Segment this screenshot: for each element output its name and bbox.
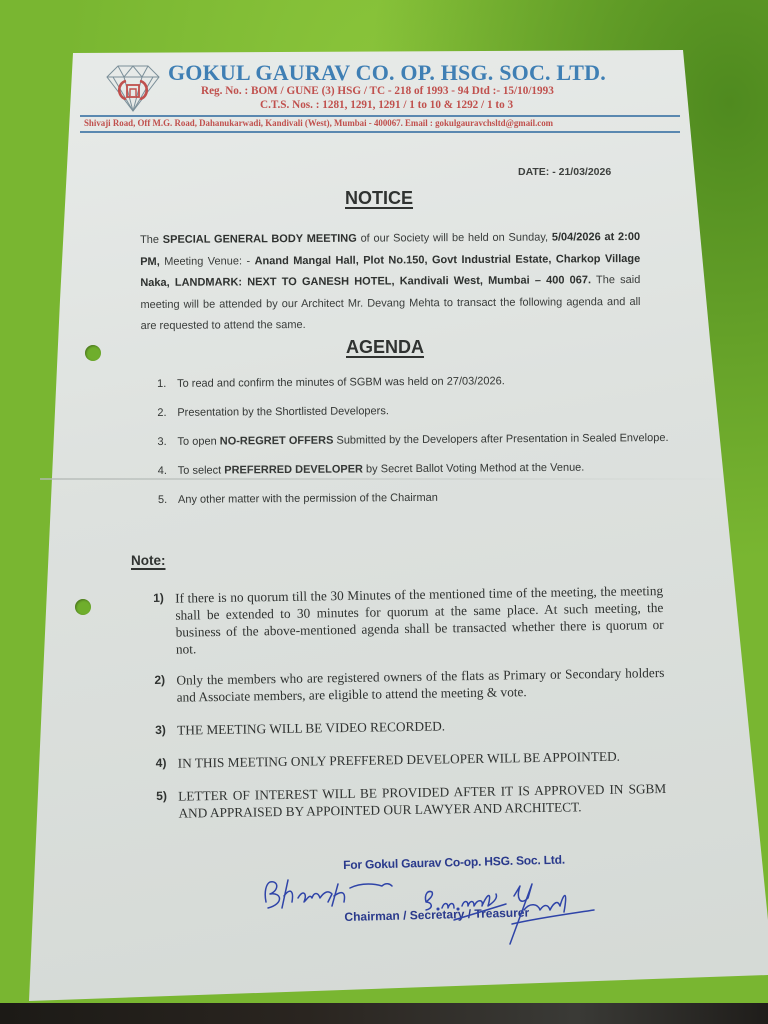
text-run: of our Society will be held on Sunday,	[357, 231, 552, 244]
note-item-number: 3)	[155, 722, 166, 739]
agenda-list: 1.To read and confirm the minutes of SGB…	[157, 370, 678, 510]
header-rule-top	[80, 115, 680, 117]
text-run: Meeting Venue: -	[160, 255, 255, 268]
punch-hole-icon	[75, 599, 91, 615]
handwritten-signatures-icon	[258, 862, 618, 947]
agenda-item-number: 3.	[157, 432, 166, 452]
note-item-number: 4)	[156, 755, 167, 772]
note-item: 2)Only the members who are registered ow…	[154, 664, 664, 706]
punch-hole-icon	[85, 345, 101, 361]
text-run: Presentation by the Shortlisted Develope…	[177, 405, 389, 419]
text-run: To open	[177, 436, 219, 448]
bold-text: NO-REGRET OFFERS	[220, 435, 334, 448]
society-address: Shivaji Road, Off M.G. Road, Dahanukarwa…	[84, 118, 553, 128]
note-item-number: 2)	[154, 672, 165, 689]
agenda-item-number: 2.	[157, 403, 166, 423]
note-item-text: THE MEETING WILL BE VIDEO RECORDED.	[177, 718, 445, 737]
agenda-item: 5.Any other matter with the permission o…	[158, 486, 678, 510]
note-item-text: IN THIS MEETING ONLY PREFFERED DEVELOPER…	[178, 749, 620, 771]
agenda-item: 3.To open NO-REGRET OFFERS Submitted by …	[157, 428, 677, 452]
note-item: 1)If there is no quorum till the 30 Minu…	[153, 582, 664, 658]
text-run: Submitted by the Developers after Presen…	[333, 432, 668, 447]
note-item-text: LETTER OF INTEREST WILL BE PROVIDED AFTE…	[178, 781, 666, 821]
note-item: 3)THE MEETING WILL BE VIDEO RECORDED.	[155, 714, 665, 739]
diamond-logo-icon	[104, 63, 162, 113]
note-item-number: 5)	[156, 788, 167, 805]
text-run: Any other matter with the permission of …	[178, 492, 438, 506]
floor-background	[0, 1003, 768, 1024]
notice-paragraph: The SPECIAL GENERAL BODY MEETING of our …	[140, 227, 641, 338]
bold-text: PREFERRED DEVELOPER	[224, 463, 363, 476]
note-item-number: 1)	[153, 590, 164, 607]
notice-date: DATE: - 21/03/2026	[518, 166, 611, 178]
text-run: To read and confirm the minutes of SGBM …	[177, 375, 505, 390]
note-item-text: Only the members who are registered owne…	[176, 665, 664, 705]
note-heading: Note:	[131, 553, 166, 568]
note-list: 1)If there is no quorum till the 30 Minu…	[153, 582, 667, 822]
agenda-item-number: 5.	[158, 490, 167, 510]
agenda-item: 1.To read and confirm the minutes of SGB…	[157, 370, 677, 394]
org-name: GOKUL GAURAV CO. OP. HSG. SOC. LTD.	[168, 60, 606, 86]
cts-numbers: C.T.S. Nos. : 1281, 1291, 1291 / 1 to 10…	[260, 99, 513, 111]
text-run: The	[140, 234, 163, 246]
text-run: by Secret Ballot Voting Method at the Ve…	[363, 462, 584, 476]
agenda-item-number: 4.	[158, 461, 167, 481]
agenda-item: 2.Presentation by the Shortlisted Develo…	[157, 399, 677, 423]
bold-text: SPECIAL GENERAL BODY MEETING	[163, 233, 357, 246]
agenda-item-number: 1.	[157, 374, 166, 394]
note-item-text: If there is no quorum till the 30 Minute…	[175, 583, 664, 657]
note-item: 4)IN THIS MEETING ONLY PREFFERED DEVELOP…	[156, 747, 666, 772]
registration-number: Reg. No. : BOM / GUNE (3) HSG / TC - 218…	[201, 85, 554, 97]
text-run: To select	[178, 464, 225, 476]
notice-heading: NOTICE	[345, 188, 413, 209]
agenda-heading: AGENDA	[346, 337, 424, 358]
agenda-item: 4.To select PREFERRED DEVELOPER by Secre…	[158, 457, 678, 481]
header-rule-bottom	[80, 131, 680, 133]
